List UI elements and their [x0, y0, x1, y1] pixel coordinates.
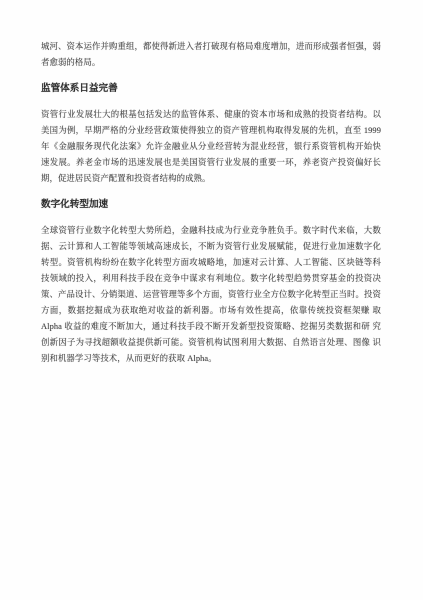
- document-content: 城河、资本运作并购重组，都使得新进入者打破现有格局难度增加，进而形成强者恒强，弱…: [41, 39, 381, 367]
- paragraph-line: 期，促进居民资产配置和投资者结构的成熟。: [41, 171, 381, 187]
- heading-regulation: 监管体系日益完善: [41, 81, 381, 97]
- paragraph-line: 年《金融服务现代化法案》允许金融业从分业经营转为混业经营，银行系资管机构开始快: [41, 139, 381, 155]
- paragraph-line: 速发展。养老金市场的迅速发展也是美国资管行业发展的重要一环，养老资产投资偏好长: [41, 155, 381, 171]
- paragraph-line: 别和机器学习等技术，从而更好的获取 Alpha。: [41, 351, 381, 367]
- paragraph-line: 转型。资管机构纷纷在数字化转型方面攻城略地，加速对云计算、人工智能、区块链等科: [41, 255, 381, 271]
- document-page: 城河、资本运作并购重组，都使得新进入者打破现有格局难度增加，进而形成强者恒强，弱…: [0, 0, 423, 600]
- paragraph-line: 全球资管行业数字化转型大势所趋，金融科技成为行业竞争胜负手。数字时代来临，大数: [41, 223, 381, 239]
- paragraph-line: 美国为例，早期严格的分业经营政策使得独立的资产管理机构取得发展的先机，直至 19…: [41, 123, 381, 139]
- paragraph-line: 创新因子为寻找超额收益提供新可能。资管机构试图利用大数据、自然语言处理、图像 识: [41, 335, 381, 351]
- paragraph-intro-continuation: 城河、资本运作并购重组，都使得新进入者打破现有格局难度增加，进而形成强者恒强，弱…: [41, 39, 381, 71]
- paragraph-line: 者愈弱的格局。: [41, 55, 381, 71]
- paragraph-line: 据、云计算和人工智能等领域高速成长，不断为资管行业发展赋能，促进行业加速数字化: [41, 239, 381, 255]
- paragraph-line: 城河、资本运作并购重组，都使得新进入者打破现有格局难度增加，进而形成强者恒强，弱: [41, 39, 381, 55]
- paragraph-line: Alpha 收益的难度不断加大，通过科技手段不断开发新型投资策略、挖掘另类数据和…: [41, 319, 381, 335]
- paragraph-line: 资管行业发展壮大的根基包括发达的监管体系、健康的资本市场和成熟的投资者结构。以: [41, 107, 381, 123]
- paragraph-regulation: 资管行业发展壮大的根基包括发达的监管体系、健康的资本市场和成熟的投资者结构。以美…: [41, 107, 381, 187]
- paragraph-line: 策、产品设计、分销渠道、运营管理等多个方面，资管行业全方位数字化转型正当时。投资: [41, 287, 381, 303]
- paragraph-line: 方面，数据挖掘成为获取绝对收益的新利器。市场有效性提高，依靠传统投资框架赚 取: [41, 303, 381, 319]
- heading-digital-transformation: 数字化转型加速: [41, 197, 381, 213]
- paragraph-line: 技领域的投入，利用科技手段在竞争中谋求有利地位。数字化转型趋势贯穿基金的投资决: [41, 271, 381, 287]
- paragraph-digital-transformation: 全球资管行业数字化转型大势所趋，金融科技成为行业竞争胜负手。数字时代来临，大数据…: [41, 223, 381, 367]
